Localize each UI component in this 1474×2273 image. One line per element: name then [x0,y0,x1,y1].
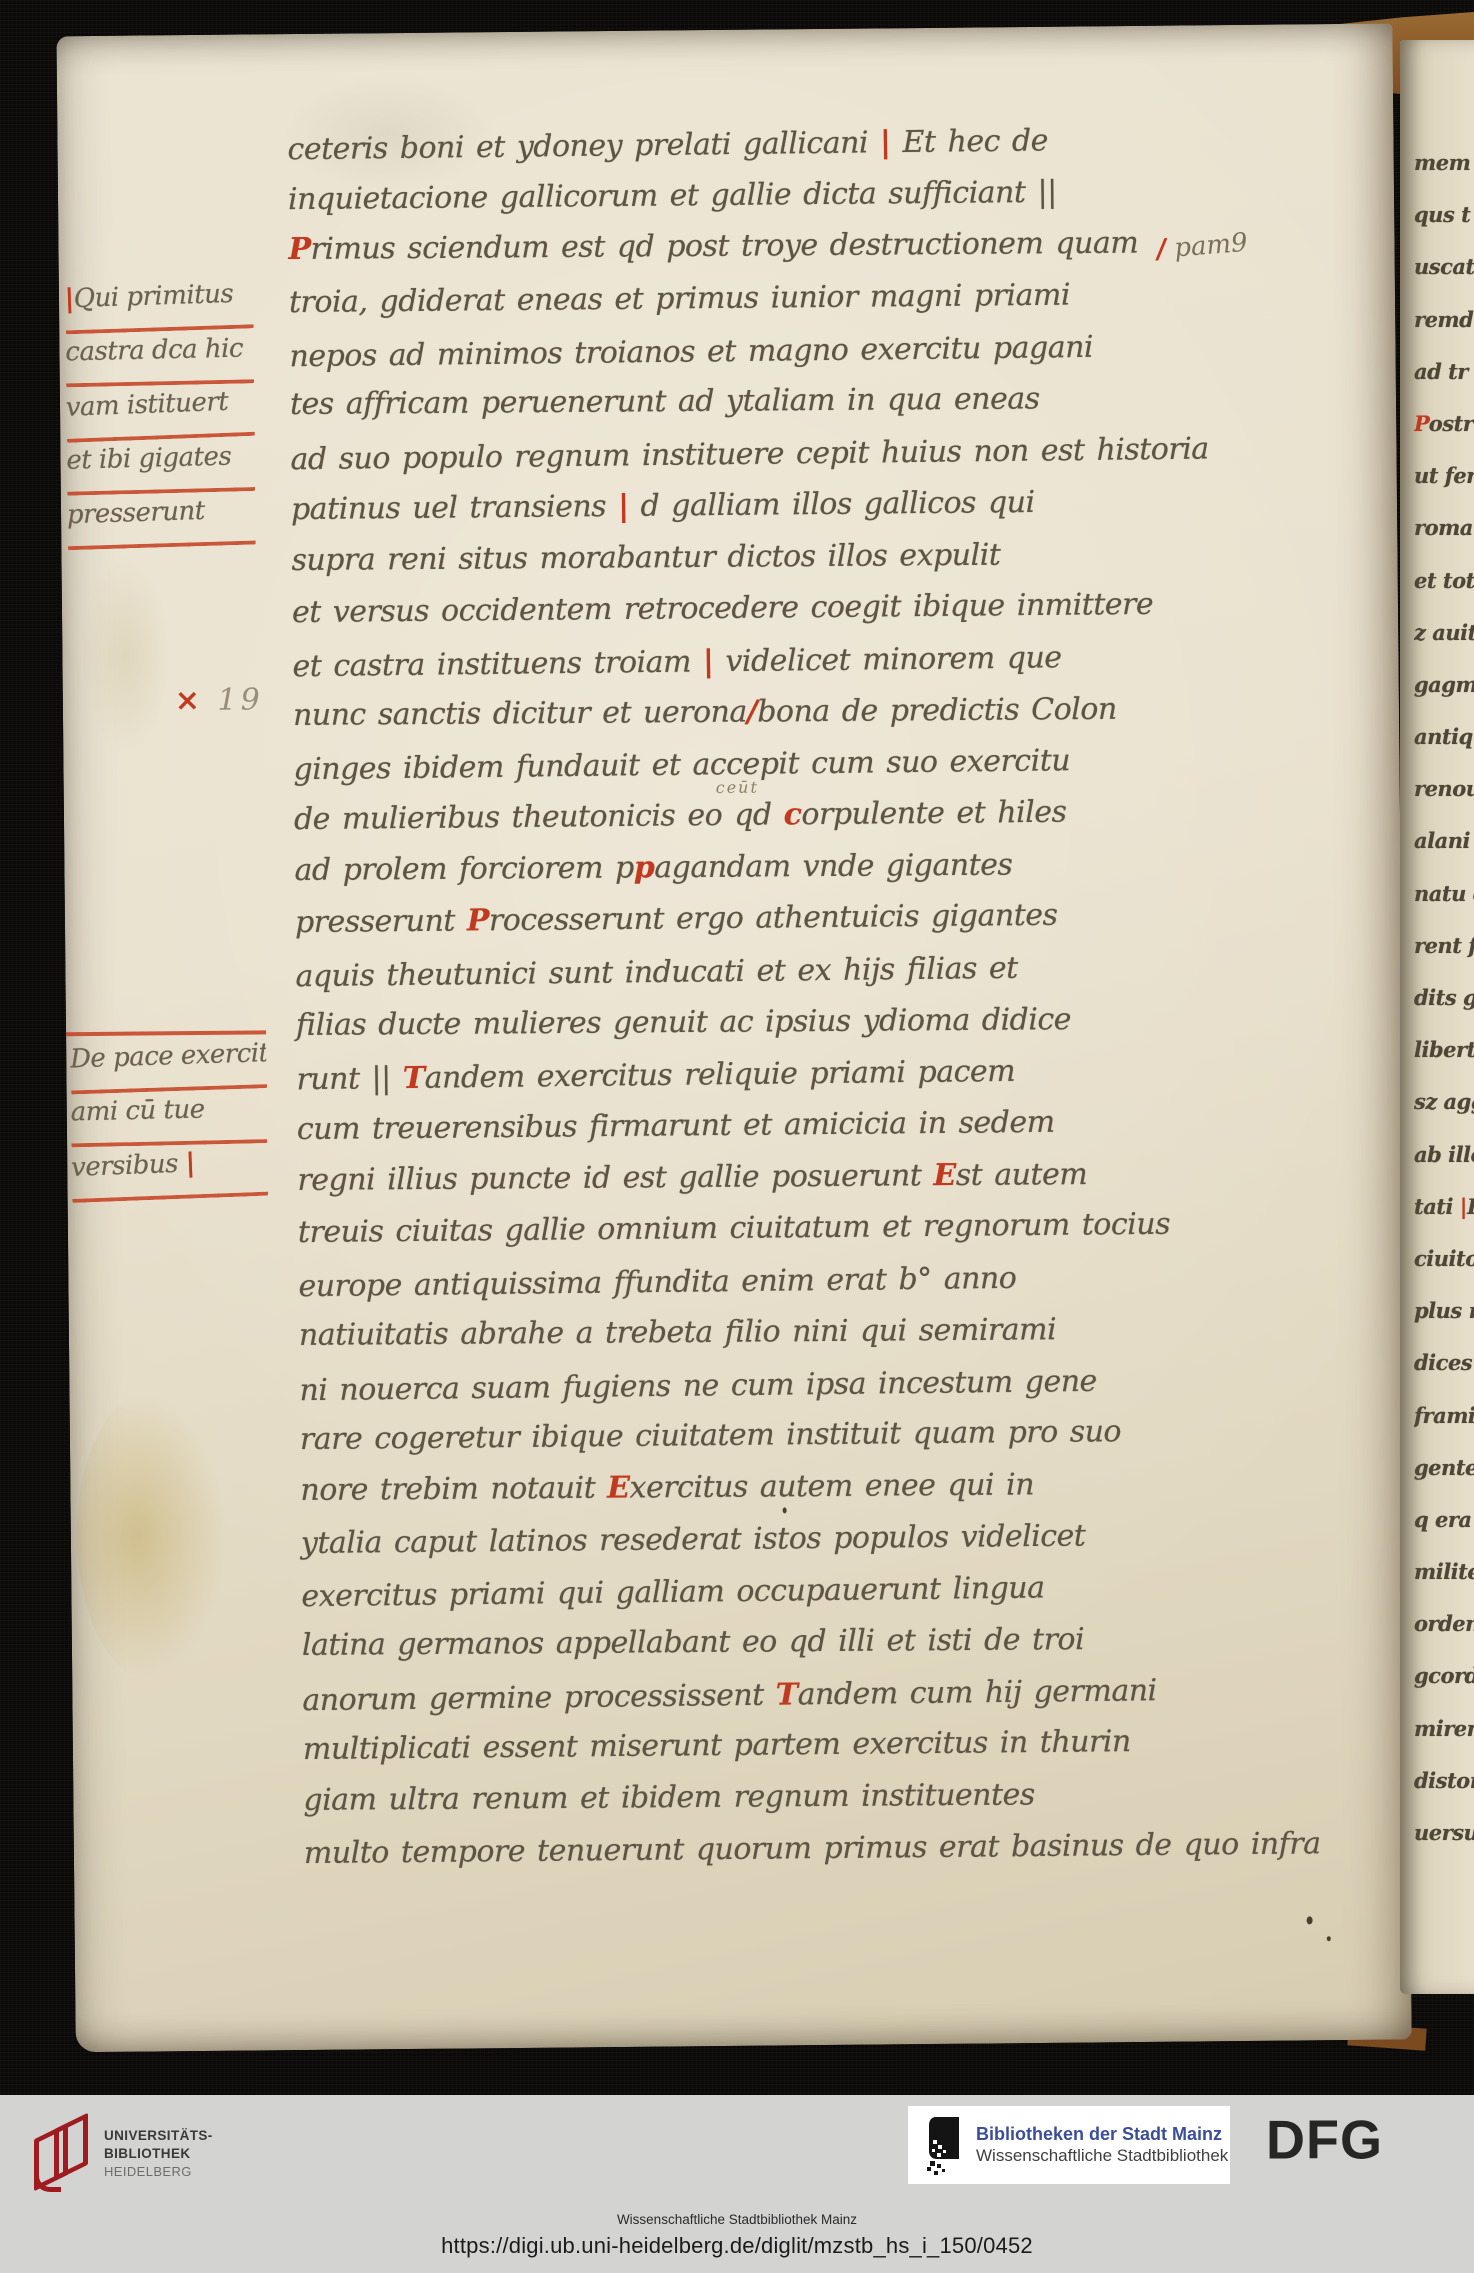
facing-page-text-line: ciuitoe [1414,1246,1474,1298]
ub-heidelberg-logo [30,2109,94,2197]
margin-note-line: ami cū tue [70,1093,267,1147]
main-text-block: ceteris boni et ydoney prelati gallicani… [287,120,1384,1888]
facing-page-text-line: ab illo t [1414,1142,1474,1194]
margin-note-line: |Qui primitus [64,278,254,334]
digitized-book-photo: ceteris boni et ydoney prelati gallicani… [0,0,1474,2273]
margin-note-top: |Qui primituscastra dca hicvam istituert… [59,280,256,552]
facing-page-text-line: frami g [1414,1403,1474,1455]
facing-page-text-line: gagm [1414,672,1474,724]
margin-note-line: De pace exercitg [70,1038,268,1094]
pencil-foliation: × 19 [175,682,264,718]
ub-heidelberg-label: UNIVERSITÄTS- BIBLIOTHEK HEIDELBERG [104,2127,213,2181]
facing-page-text-line: mirent [1414,1716,1474,1768]
facing-page-text-line: mem [1414,150,1474,202]
manuscript-text-line: filias ducte mulieres genuit ac ipsius y… [296,1000,1376,1060]
facing-page-text-line: natu et [1414,881,1474,933]
ink-speck [1327,1936,1331,1941]
facing-page-text-line: renoua [1414,776,1474,828]
facing-page-text-line: remd [1414,307,1474,359]
margin-note-middle: De pace exercitgami cū tueversibus | [66,1030,268,1204]
footer-caption: Wissenschaftliche Stadtbibliothek Mainz [0,2212,1474,2227]
facing-page-text-line: ut fer [1414,463,1474,515]
manuscript-text-line: giam ultra renum et ibidem regnum instit… [303,1775,1383,1835]
mainz-library-logo: Bibliotheken der Stadt Mainz Wissenschaf… [908,2106,1230,2184]
facing-page-text-line: sz agg [1414,1089,1474,1141]
manuscript-text-line: natiuitatis abrahe a trebeta filio nini … [299,1310,1379,1370]
interlinear-gloss: ceūt [716,778,759,797]
facing-page-text-line: z auit [1414,620,1474,672]
mainz-line1: Bibliotheken der Stadt Mainz [976,2124,1228,2145]
facing-page-text-line: antiqu [1414,724,1474,776]
facing-page-text-line: ordentale [1414,1611,1474,1663]
margin-note-line: versibus | [71,1146,269,1203]
facing-page-text-line: plus no [1414,1298,1474,1350]
ink-speck [1307,1916,1313,1924]
manuscript-text-line: latina germanos appellabant eo qd illi e… [302,1620,1382,1680]
margin-note-line: castra dca hic [65,333,254,387]
facing-page-text-line: gcordant [1414,1663,1474,1715]
facing-page-text-line: alani [1414,828,1474,880]
ub-line2: BIBLIOTHEK [104,2145,213,2163]
manuscript-text-line: multo tempore tenuerunt quorum primus er… [304,1825,1384,1887]
facing-page-text-line: ad tr [1414,359,1474,411]
ub-line3: HEIDELBERG [104,2163,213,2181]
facing-page-text-line: rent fr [1414,933,1474,985]
facing-page-text-line: uscate [1414,254,1474,306]
manuscript-text-line: nunc sanctis dicitur et uerona/bona de p… [293,689,1373,749]
facing-page-text-line: q era ill [1414,1507,1474,1559]
margin-note-line: et ibi gigates [66,441,255,496]
ub-line1: UNIVERSITÄTS- [104,2127,213,2145]
margin-note-line: presserunt [66,494,255,550]
facing-page-text-line: tati |Et [1414,1194,1474,1246]
manuscript-page: ceteris boni et ydoney prelati gallicani… [56,23,1411,2052]
facing-page-text-line: et tota [1414,568,1474,620]
dfg-logo: DFG [1266,2112,1396,2171]
footer-bar: UNIVERSITÄTS- BIBLIOTHEK HEIDELBERG Bibl… [0,2095,1474,2273]
facing-page-text-line: distordim [1414,1768,1474,1820]
facing-page-text-line: romau [1414,515,1474,567]
facing-page-text-line: qus t [1414,202,1474,254]
pixel-book-icon [922,2114,966,2176]
mainz-line2: Wissenschaftliche Stadtbibliothek [976,2145,1228,2166]
paper-stain [75,1391,228,1682]
facing-page-text-line: gentem [1414,1455,1474,1507]
facing-page-text-line: dits ge [1414,985,1474,1037]
paper-stain [79,555,171,756]
facing-page-text-line: milite u [1414,1559,1474,1611]
margin-note-line: vam istituert [65,386,255,443]
facing-page-text-line: libertat [1414,1037,1474,1089]
manuscript-text-line: ad prolem forciorem ppagandam vnde gigan… [294,844,1374,904]
facing-page-text-line: dices r [1414,1350,1474,1402]
manuscript-text-line: nore trebim notauit Exercitus autem enee… [300,1465,1380,1525]
mainz-library-label: Bibliotheken der Stadt Mainz Wissenschaf… [976,2124,1228,2166]
manuscript-text-line: supra reni situs morabantur dictos illos… [291,534,1371,594]
facing-page-text-line: Postr [1414,411,1474,463]
facing-page-text: memqus tuscateremdad trPostrut ferromaue… [1414,150,1474,1872]
facing-page-edge: memqus tuscateremdad trPostrut ferromaue… [1400,40,1474,1994]
book-spine-icon [34,2161,61,2192]
facing-page-text-line: uersus a [1414,1820,1474,1872]
manuscript-text-line: regni illius puncte id est gallie posuer… [297,1155,1377,1215]
manuscript-text-line: tes affricam peruenerunt ad ytaliam in q… [290,379,1370,439]
footer-url: https://digi.ub.uni-heidelberg.de/diglit… [0,2233,1474,2259]
